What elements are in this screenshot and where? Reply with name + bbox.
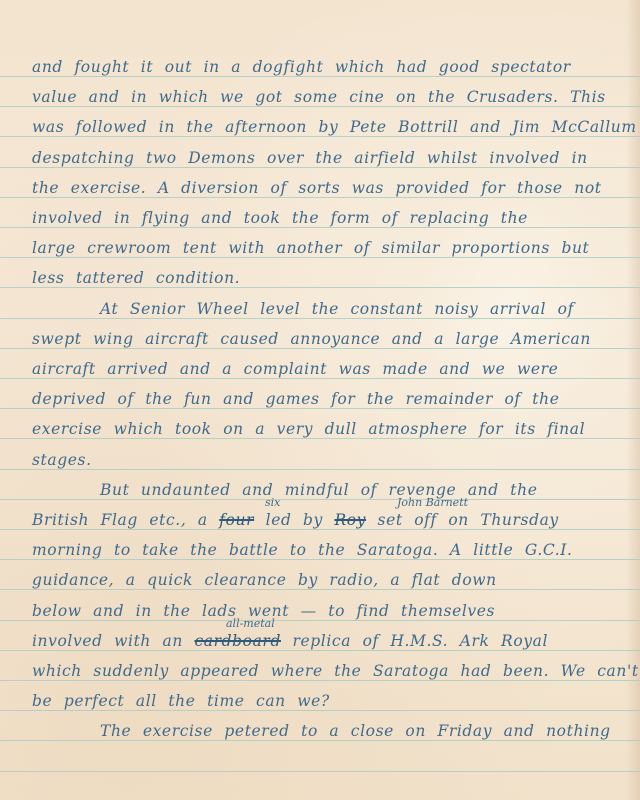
text-line: swept wing aircraft caused annoyance and… xyxy=(32,329,632,349)
text-line: value and in which we got some cine on t… xyxy=(32,87,632,107)
struck-word: Roy xyxy=(334,511,366,529)
struck-word: four xyxy=(219,511,254,529)
text-line: which suddenly appeared where the Sarato… xyxy=(32,661,632,681)
text-line-with-corrections: involved with an cardboard replica of H.… xyxy=(32,631,632,651)
text-line: below and in the lads went — to find the… xyxy=(32,601,632,621)
text-line: stages. xyxy=(32,450,632,470)
text-segment: set off on Thursday xyxy=(378,511,559,529)
text-line: morning to take the battle to the Sarato… xyxy=(32,540,632,560)
struck-word: cardboard xyxy=(194,632,280,650)
text-line: deprived of the fun and games for the re… xyxy=(32,389,632,409)
text-segment: involved with an xyxy=(32,632,183,650)
text-line: be perfect all the time can we? xyxy=(32,691,632,711)
text-line: was followed in the afternoon by Pete Bo… xyxy=(32,117,632,137)
text-line: exercise which took on a very dull atmos… xyxy=(32,419,632,439)
text-segment: led by xyxy=(266,511,323,529)
paragraph-start-line: At Senior Wheel level the constant noisy… xyxy=(100,299,640,319)
notebook-page: and fought it out in a dogfight which ha… xyxy=(0,0,640,800)
text-line: aircraft arrived and a complaint was mad… xyxy=(32,359,632,379)
text-line: the exercise. A diversion of sorts was p… xyxy=(32,178,632,198)
inserted-word: six xyxy=(265,496,280,509)
text-line-with-corrections: British Flag etc., a four led by Roy set… xyxy=(32,510,632,530)
ruled-line xyxy=(0,771,640,772)
text-line: involved in flying and took the form of … xyxy=(32,208,632,228)
text-line: despatching two Demons over the airfield… xyxy=(32,148,632,168)
paragraph-start-line: The exercise petered to a close on Frida… xyxy=(100,721,640,741)
paragraph-start-line: But undaunted and mindful of revenge and… xyxy=(100,480,640,500)
text-line: less tattered condition. xyxy=(32,268,632,288)
text-line: large crewroom tent with another of simi… xyxy=(32,238,632,258)
text-line: and fought it out in a dogfight which ha… xyxy=(32,57,632,77)
text-segment: replica of H.M.S. Ark Royal xyxy=(293,632,549,650)
inserted-word: all-metal xyxy=(226,617,275,630)
text-line: guidance, a quick clearance by radio, a … xyxy=(32,570,632,590)
text-segment: British Flag etc., a xyxy=(32,511,208,529)
inserted-name: John Barnett xyxy=(397,496,468,509)
